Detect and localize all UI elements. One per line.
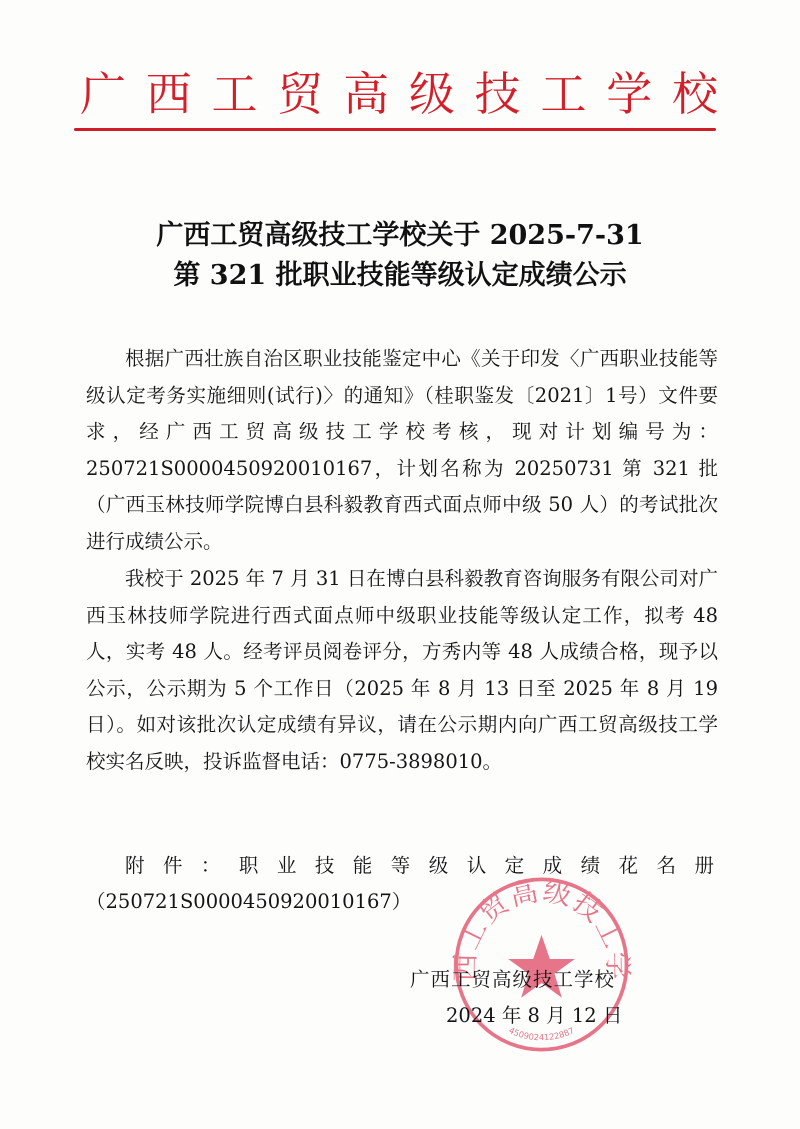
document-title-line2: 第 321 批职业技能等级认定成绩公示 [0,256,800,296]
signature-date: 2024 年 8 月 12 日 [446,998,622,1034]
letterhead-org-name: 广西工贸高级技工学校 [80,64,720,124]
signature-org-name: 广西工贸高级技工学校 [410,962,615,998]
paragraph-text: 我校于 2025 年 7 月 31 日在博白县科毅教育咨询服务有限公司对广西玉林… [86,561,718,780]
letterhead-red-rule [74,128,716,131]
document-page: 广西工贸高级技工学校 广西工贸高级技工学校关于 2025-7-31 第 321 … [0,0,800,1129]
document-title-line1: 广西工贸高级技工学校关于 2025-7-31 [0,216,800,256]
body-paragraph-1: 根据广西壮族自治区职业技能鉴定中心《关于印发〈广西职业技能等级认定考务实施细则(… [86,341,718,560]
body-paragraph-2: 我校于 2025 年 7 月 31 日在博白县科毅教育咨询服务有限公司对广西玉林… [86,561,718,780]
paragraph-text: 根据广西壮族自治区职业技能鉴定中心《关于印发〈广西职业技能等级认定考务实施细则(… [86,341,718,560]
